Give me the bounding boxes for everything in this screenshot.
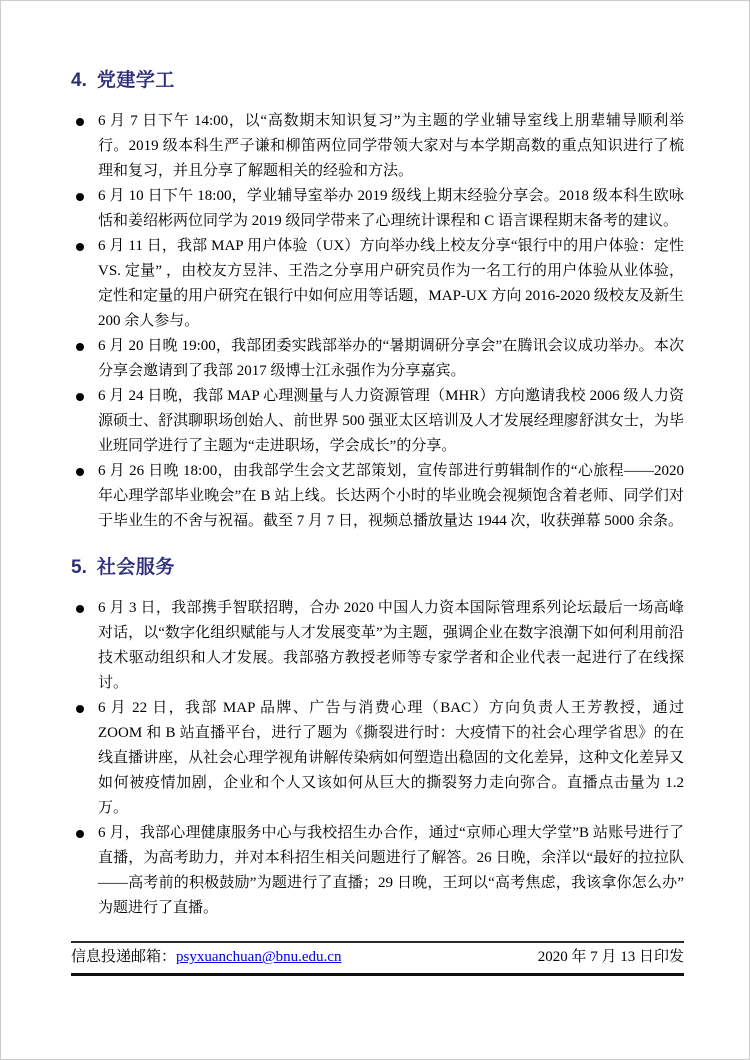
bullet-icon xyxy=(76,193,84,201)
bullet-icon xyxy=(76,605,84,613)
section-title: 社会服务 xyxy=(97,557,175,578)
bullet-list: 6 月 7 日下午 14:00，以“高数期末知识复习”为主题的学业辅导室线上朋辈… xyxy=(71,109,684,534)
footer-issue-date: 2020 年 7 月 13 日印发 xyxy=(538,946,684,968)
section-title: 党建学工 xyxy=(97,70,175,91)
list-item: 6 月 3 日，我部携手智联招聘，合办 2020 中国人力资本国际管理系列论坛最… xyxy=(71,596,684,696)
list-item-text: 6 月 26 日晚 18:00，由我部学生会文艺部策划，宣传部进行剪辑制作的“心… xyxy=(98,463,684,529)
list-item: 6 月 20 日晚 19:00，我部团委实践部举办的“暑期调研分享会”在腾讯会议… xyxy=(71,334,684,384)
section-heading: 5.社会服务 xyxy=(71,554,684,581)
footer-contact: 信息投递邮箱：psyxuanchuan@bnu.edu.cn xyxy=(71,946,341,968)
bullet-icon xyxy=(76,393,84,401)
section-number: 4. xyxy=(71,70,87,91)
list-item: 6 月，我部心理健康服务中心与我校招生办合作，通过“京师心理大学堂”B 站账号进… xyxy=(71,821,684,921)
list-item: 6 月 10 日下午 18:00，学业辅导室举办 2019 级线上期末经验分享会… xyxy=(71,184,684,234)
list-item-text: 6 月 11 日，我部 MAP 用户体验（UX）方向举办线上校友分享“银行中的用… xyxy=(98,238,684,329)
bullet-icon xyxy=(76,830,84,838)
list-item-text: 6 月 22 日，我部 MAP 品牌、广告与消费心理（BAC）方向负责人王芳教授… xyxy=(98,700,684,816)
bullet-icon xyxy=(76,243,84,251)
list-item: 6 月 11 日，我部 MAP 用户体验（UX）方向举办线上校友分享“银行中的用… xyxy=(71,234,684,334)
document-page: 4.党建学工 6 月 7 日下午 14:00，以“高数期末知识复习”为主题的学业… xyxy=(0,0,750,1060)
list-item: 6 月 24 日晚，我部 MAP 心理测量与人力资源管理（MHR）方向邀请我校 … xyxy=(71,384,684,459)
bullet-list: 6 月 3 日，我部携手智联招聘，合办 2020 中国人力资本国际管理系列论坛最… xyxy=(71,596,684,921)
list-item-text: 6 月 20 日晚 19:00，我部团委实践部举办的“暑期调研分享会”在腾讯会议… xyxy=(98,338,684,379)
bullet-icon xyxy=(76,118,84,126)
list-item-text: 6 月 10 日下午 18:00，学业辅导室举办 2019 级线上期末经验分享会… xyxy=(98,188,684,229)
section-heading: 4.党建学工 xyxy=(71,67,684,94)
list-item: 6 月 7 日下午 14:00，以“高数期末知识复习”为主题的学业辅导室线上朋辈… xyxy=(71,109,684,184)
section-social-service: 5.社会服务 6 月 3 日，我部携手智联招聘，合办 2020 中国人力资本国际… xyxy=(71,554,684,921)
section-party-building-student-affairs: 4.党建学工 6 月 7 日下午 14:00，以“高数期末知识复习”为主题的学业… xyxy=(71,67,684,534)
document-footer: 信息投递邮箱：psyxuanchuan@bnu.edu.cn 2020 年 7 … xyxy=(71,941,684,976)
footer-email-link[interactable]: psyxuanchuan@bnu.edu.cn xyxy=(176,946,341,968)
list-item-text: 6 月 3 日，我部携手智联招聘，合办 2020 中国人力资本国际管理系列论坛最… xyxy=(98,600,684,691)
section-number: 5. xyxy=(71,557,87,578)
footer-email-label: 信息投递邮箱： xyxy=(71,946,176,968)
bullet-icon xyxy=(76,343,84,351)
list-item-text: 6 月，我部心理健康服务中心与我校招生办合作，通过“京师心理大学堂”B 站账号进… xyxy=(98,825,684,916)
list-item-text: 6 月 7 日下午 14:00，以“高数期末知识复习”为主题的学业辅导室线上朋辈… xyxy=(98,113,684,179)
list-item-text: 6 月 24 日晚，我部 MAP 心理测量与人力资源管理（MHR）方向邀请我校 … xyxy=(98,388,684,454)
bullet-icon xyxy=(76,468,84,476)
bullet-icon xyxy=(76,705,84,713)
list-item: 6 月 22 日，我部 MAP 品牌、广告与消费心理（BAC）方向负责人王芳教授… xyxy=(71,696,684,821)
list-item: 6 月 26 日晚 18:00，由我部学生会文艺部策划，宣传部进行剪辑制作的“心… xyxy=(71,459,684,534)
